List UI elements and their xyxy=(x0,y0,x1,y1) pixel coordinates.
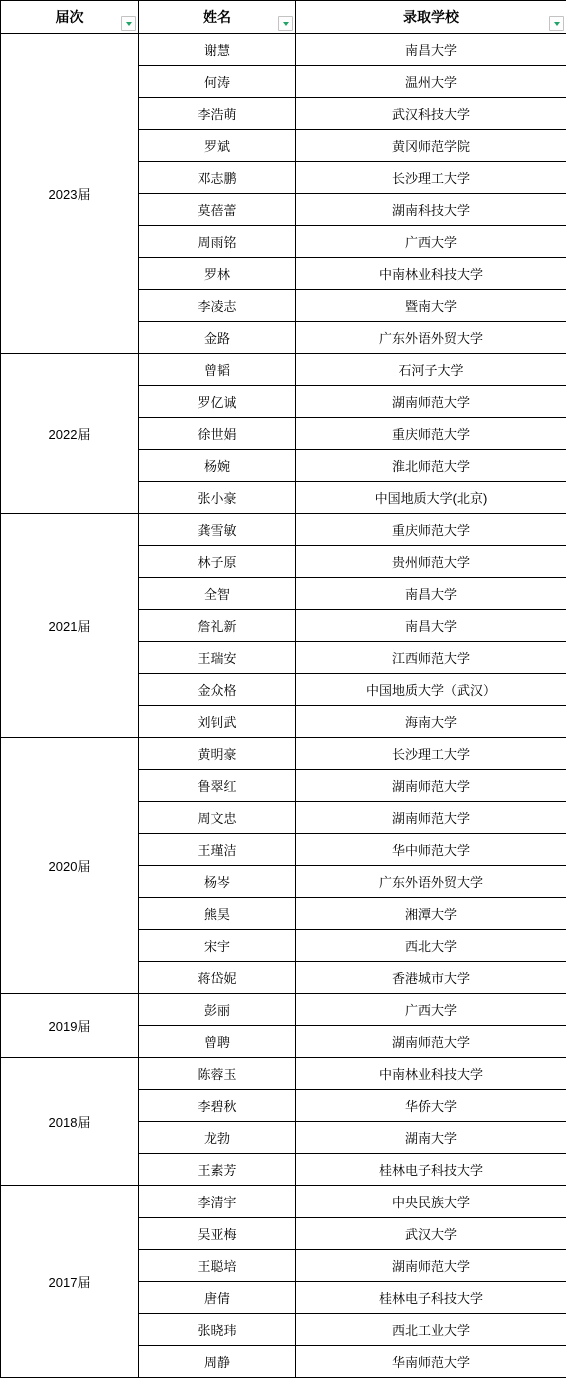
student-name-cell[interactable]: 李凌志 xyxy=(139,290,296,322)
student-name-cell[interactable]: 周文忠 xyxy=(139,802,296,834)
student-name-cell[interactable]: 王瑾洁 xyxy=(139,834,296,866)
column-header-name-label: 姓名 xyxy=(203,9,231,25)
student-name-cell[interactable]: 邓志鹏 xyxy=(139,162,296,194)
school-cell[interactable]: 湖南师范大学 xyxy=(296,1250,566,1282)
column-header-school: 录取学校 xyxy=(296,1,566,34)
student-name-cell[interactable]: 曾聘 xyxy=(139,1026,296,1058)
school-cell[interactable]: 重庆师范大学 xyxy=(296,514,566,546)
student-name-cell[interactable]: 金众格 xyxy=(139,674,296,706)
student-name-cell[interactable]: 彭丽 xyxy=(139,994,296,1026)
group-2023: 2023届 谢慧 南昌大学 何涛 温州大学 李浩萌 武汉科技大学 罗斌 黄冈师范… xyxy=(1,34,566,354)
school-cell[interactable]: 石河子大学 xyxy=(296,354,566,386)
student-name-cell[interactable]: 龙勃 xyxy=(139,1122,296,1154)
student-name-cell[interactable]: 李清宇 xyxy=(139,1186,296,1218)
filter-dropdown-icon xyxy=(283,22,289,26)
school-cell[interactable]: 广西大学 xyxy=(296,226,566,258)
group-2021: 2021届 龚雪敏 重庆师范大学 林子原 贵州师范大学 全智 南昌大学 詹礼新 … xyxy=(1,514,566,738)
school-cell[interactable]: 黄冈师范学院 xyxy=(296,130,566,162)
school-cell[interactable]: 广东外语外贸大学 xyxy=(296,322,566,354)
filter-dropdown-icon xyxy=(126,22,132,26)
school-cell[interactable]: 华侨大学 xyxy=(296,1090,566,1122)
cohort-cell[interactable]: 2018届 xyxy=(1,1058,139,1186)
spreadsheet-table-view: 届次 姓名 录取学校 2023届 谢慧 南昌大学 xyxy=(0,0,566,1377)
student-name-cell[interactable]: 王聪培 xyxy=(139,1250,296,1282)
school-cell[interactable]: 桂林电子科技大学 xyxy=(296,1154,566,1186)
table-row: 2019届 彭丽 广西大学 xyxy=(1,994,566,1026)
column-header-cohort: 届次 xyxy=(1,1,139,34)
student-name-cell[interactable]: 鲁翠红 xyxy=(139,770,296,802)
header-row: 届次 姓名 录取学校 xyxy=(1,1,566,34)
cohort-cell[interactable]: 2022届 xyxy=(1,354,139,514)
student-name-cell[interactable]: 何涛 xyxy=(139,66,296,98)
school-cell[interactable]: 中国地质大学(北京) xyxy=(296,482,566,514)
group-2019: 2019届 彭丽 广西大学 曾聘 湖南师范大学 xyxy=(1,994,566,1058)
student-name-cell[interactable]: 周静 xyxy=(139,1346,296,1378)
school-cell[interactable]: 广西大学 xyxy=(296,994,566,1026)
school-cell[interactable]: 中央民族大学 xyxy=(296,1186,566,1218)
filter-button-school[interactable] xyxy=(549,16,564,31)
school-cell[interactable]: 湖南大学 xyxy=(296,1122,566,1154)
school-cell[interactable]: 长沙理工大学 xyxy=(296,738,566,770)
student-name-cell[interactable]: 李碧秋 xyxy=(139,1090,296,1122)
table-row: 2018届 陈蓉玉 中南林业科技大学 xyxy=(1,1058,566,1090)
school-cell[interactable]: 长沙理工大学 xyxy=(296,162,566,194)
column-header-cohort-label: 届次 xyxy=(56,9,84,25)
student-name-cell[interactable]: 金路 xyxy=(139,322,296,354)
table-row: 2022届 曾韬 石河子大学 xyxy=(1,354,566,386)
table-row: 2020届 黄明豪 长沙理工大学 xyxy=(1,738,566,770)
table-row: 2017届 李清宇 中央民族大学 xyxy=(1,1186,566,1218)
school-cell[interactable]: 重庆师范大学 xyxy=(296,418,566,450)
school-cell[interactable]: 贵州师范大学 xyxy=(296,546,566,578)
school-cell[interactable]: 暨南大学 xyxy=(296,290,566,322)
student-name-cell[interactable]: 徐世娟 xyxy=(139,418,296,450)
school-cell[interactable]: 湖南师范大学 xyxy=(296,386,566,418)
school-cell[interactable]: 香港城市大学 xyxy=(296,962,566,994)
student-name-cell[interactable]: 刘钊武 xyxy=(139,706,296,738)
student-name-cell[interactable]: 张小豪 xyxy=(139,482,296,514)
student-name-cell[interactable]: 詹礼新 xyxy=(139,610,296,642)
student-name-cell[interactable]: 全智 xyxy=(139,578,296,610)
school-cell[interactable]: 中南林业科技大学 xyxy=(296,1058,566,1090)
student-name-cell[interactable]: 杨岑 xyxy=(139,866,296,898)
school-cell[interactable]: 西北工业大学 xyxy=(296,1314,566,1346)
student-name-cell[interactable]: 罗亿诚 xyxy=(139,386,296,418)
group-2022: 2022届 曾韬 石河子大学 罗亿诚 湖南师范大学 徐世娟 重庆师范大学 杨婉 … xyxy=(1,354,566,514)
student-name-cell[interactable]: 张晓玮 xyxy=(139,1314,296,1346)
column-header-name: 姓名 xyxy=(139,1,296,34)
student-name-cell[interactable]: 周雨铭 xyxy=(139,226,296,258)
school-cell[interactable]: 南昌大学 xyxy=(296,34,566,66)
school-cell[interactable]: 湖南师范大学 xyxy=(296,802,566,834)
school-cell[interactable]: 中南林业科技大学 xyxy=(296,258,566,290)
group-2018: 2018届 陈蓉玉 中南林业科技大学 李碧秋 华侨大学 龙勃 湖南大学 王素芳 … xyxy=(1,1058,566,1186)
school-cell[interactable]: 湖南科技大学 xyxy=(296,194,566,226)
table-row: 2023届 谢慧 南昌大学 xyxy=(1,34,566,66)
school-cell[interactable]: 武汉科技大学 xyxy=(296,98,566,130)
table-row: 2021届 龚雪敏 重庆师范大学 xyxy=(1,514,566,546)
student-name-cell[interactable]: 陈蓉玉 xyxy=(139,1058,296,1090)
student-name-cell[interactable]: 林子原 xyxy=(139,546,296,578)
school-cell[interactable]: 湖南师范大学 xyxy=(296,770,566,802)
filter-dropdown-icon xyxy=(554,22,560,26)
cohort-cell[interactable]: 2021届 xyxy=(1,514,139,738)
student-name-cell[interactable]: 罗斌 xyxy=(139,130,296,162)
student-name-cell[interactable]: 熊昊 xyxy=(139,898,296,930)
cohort-cell[interactable]: 2020届 xyxy=(1,738,139,994)
school-cell[interactable]: 湖南师范大学 xyxy=(296,1026,566,1058)
group-2017: 2017届 李清宇 中央民族大学 吴亚梅 武汉大学 王聪培 湖南师范大学 唐倩 … xyxy=(1,1186,566,1378)
school-cell[interactable]: 武汉大学 xyxy=(296,1218,566,1250)
student-name-cell[interactable]: 莫蓓蕾 xyxy=(139,194,296,226)
student-name-cell[interactable]: 唐倩 xyxy=(139,1282,296,1314)
school-cell[interactable]: 华南师范大学 xyxy=(296,1346,566,1378)
school-cell[interactable]: 广东外语外贸大学 xyxy=(296,866,566,898)
school-cell[interactable]: 华中师范大学 xyxy=(296,834,566,866)
student-name-cell[interactable]: 罗林 xyxy=(139,258,296,290)
school-cell[interactable]: 湘潭大学 xyxy=(296,898,566,930)
school-cell[interactable]: 桂林电子科技大学 xyxy=(296,1282,566,1314)
cohort-cell[interactable]: 2017届 xyxy=(1,1186,139,1378)
school-cell[interactable]: 江西师范大学 xyxy=(296,642,566,674)
student-name-cell[interactable]: 曾韬 xyxy=(139,354,296,386)
filter-button-cohort[interactable] xyxy=(121,16,136,31)
student-name-cell[interactable]: 王素芳 xyxy=(139,1154,296,1186)
school-cell[interactable]: 西北大学 xyxy=(296,930,566,962)
student-name-cell[interactable]: 王瑞安 xyxy=(139,642,296,674)
student-name-cell[interactable]: 吴亚梅 xyxy=(139,1218,296,1250)
filter-button-name[interactable] xyxy=(278,16,293,31)
student-name-cell[interactable]: 宋宇 xyxy=(139,930,296,962)
student-name-cell[interactable]: 黄明豪 xyxy=(139,738,296,770)
student-name-cell[interactable]: 蒋岱妮 xyxy=(139,962,296,994)
school-cell[interactable]: 海南大学 xyxy=(296,706,566,738)
school-cell[interactable]: 淮北师范大学 xyxy=(296,450,566,482)
admissions-table: 届次 姓名 录取学校 2023届 谢慧 南昌大学 xyxy=(0,0,566,1378)
cohort-cell[interactable]: 2023届 xyxy=(1,34,139,354)
school-cell[interactable]: 南昌大学 xyxy=(296,610,566,642)
student-name-cell[interactable]: 李浩萌 xyxy=(139,98,296,130)
school-cell[interactable]: 中国地质大学（武汉） xyxy=(296,674,566,706)
school-cell[interactable]: 南昌大学 xyxy=(296,578,566,610)
school-cell[interactable]: 温州大学 xyxy=(296,66,566,98)
student-name-cell[interactable]: 龚雪敏 xyxy=(139,514,296,546)
student-name-cell[interactable]: 谢慧 xyxy=(139,34,296,66)
group-2020: 2020届 黄明豪 长沙理工大学 鲁翠红 湖南师范大学 周文忠 湖南师范大学 王… xyxy=(1,738,566,994)
student-name-cell[interactable]: 杨婉 xyxy=(139,450,296,482)
column-header-school-label: 录取学校 xyxy=(403,9,459,25)
cohort-cell[interactable]: 2019届 xyxy=(1,994,139,1058)
